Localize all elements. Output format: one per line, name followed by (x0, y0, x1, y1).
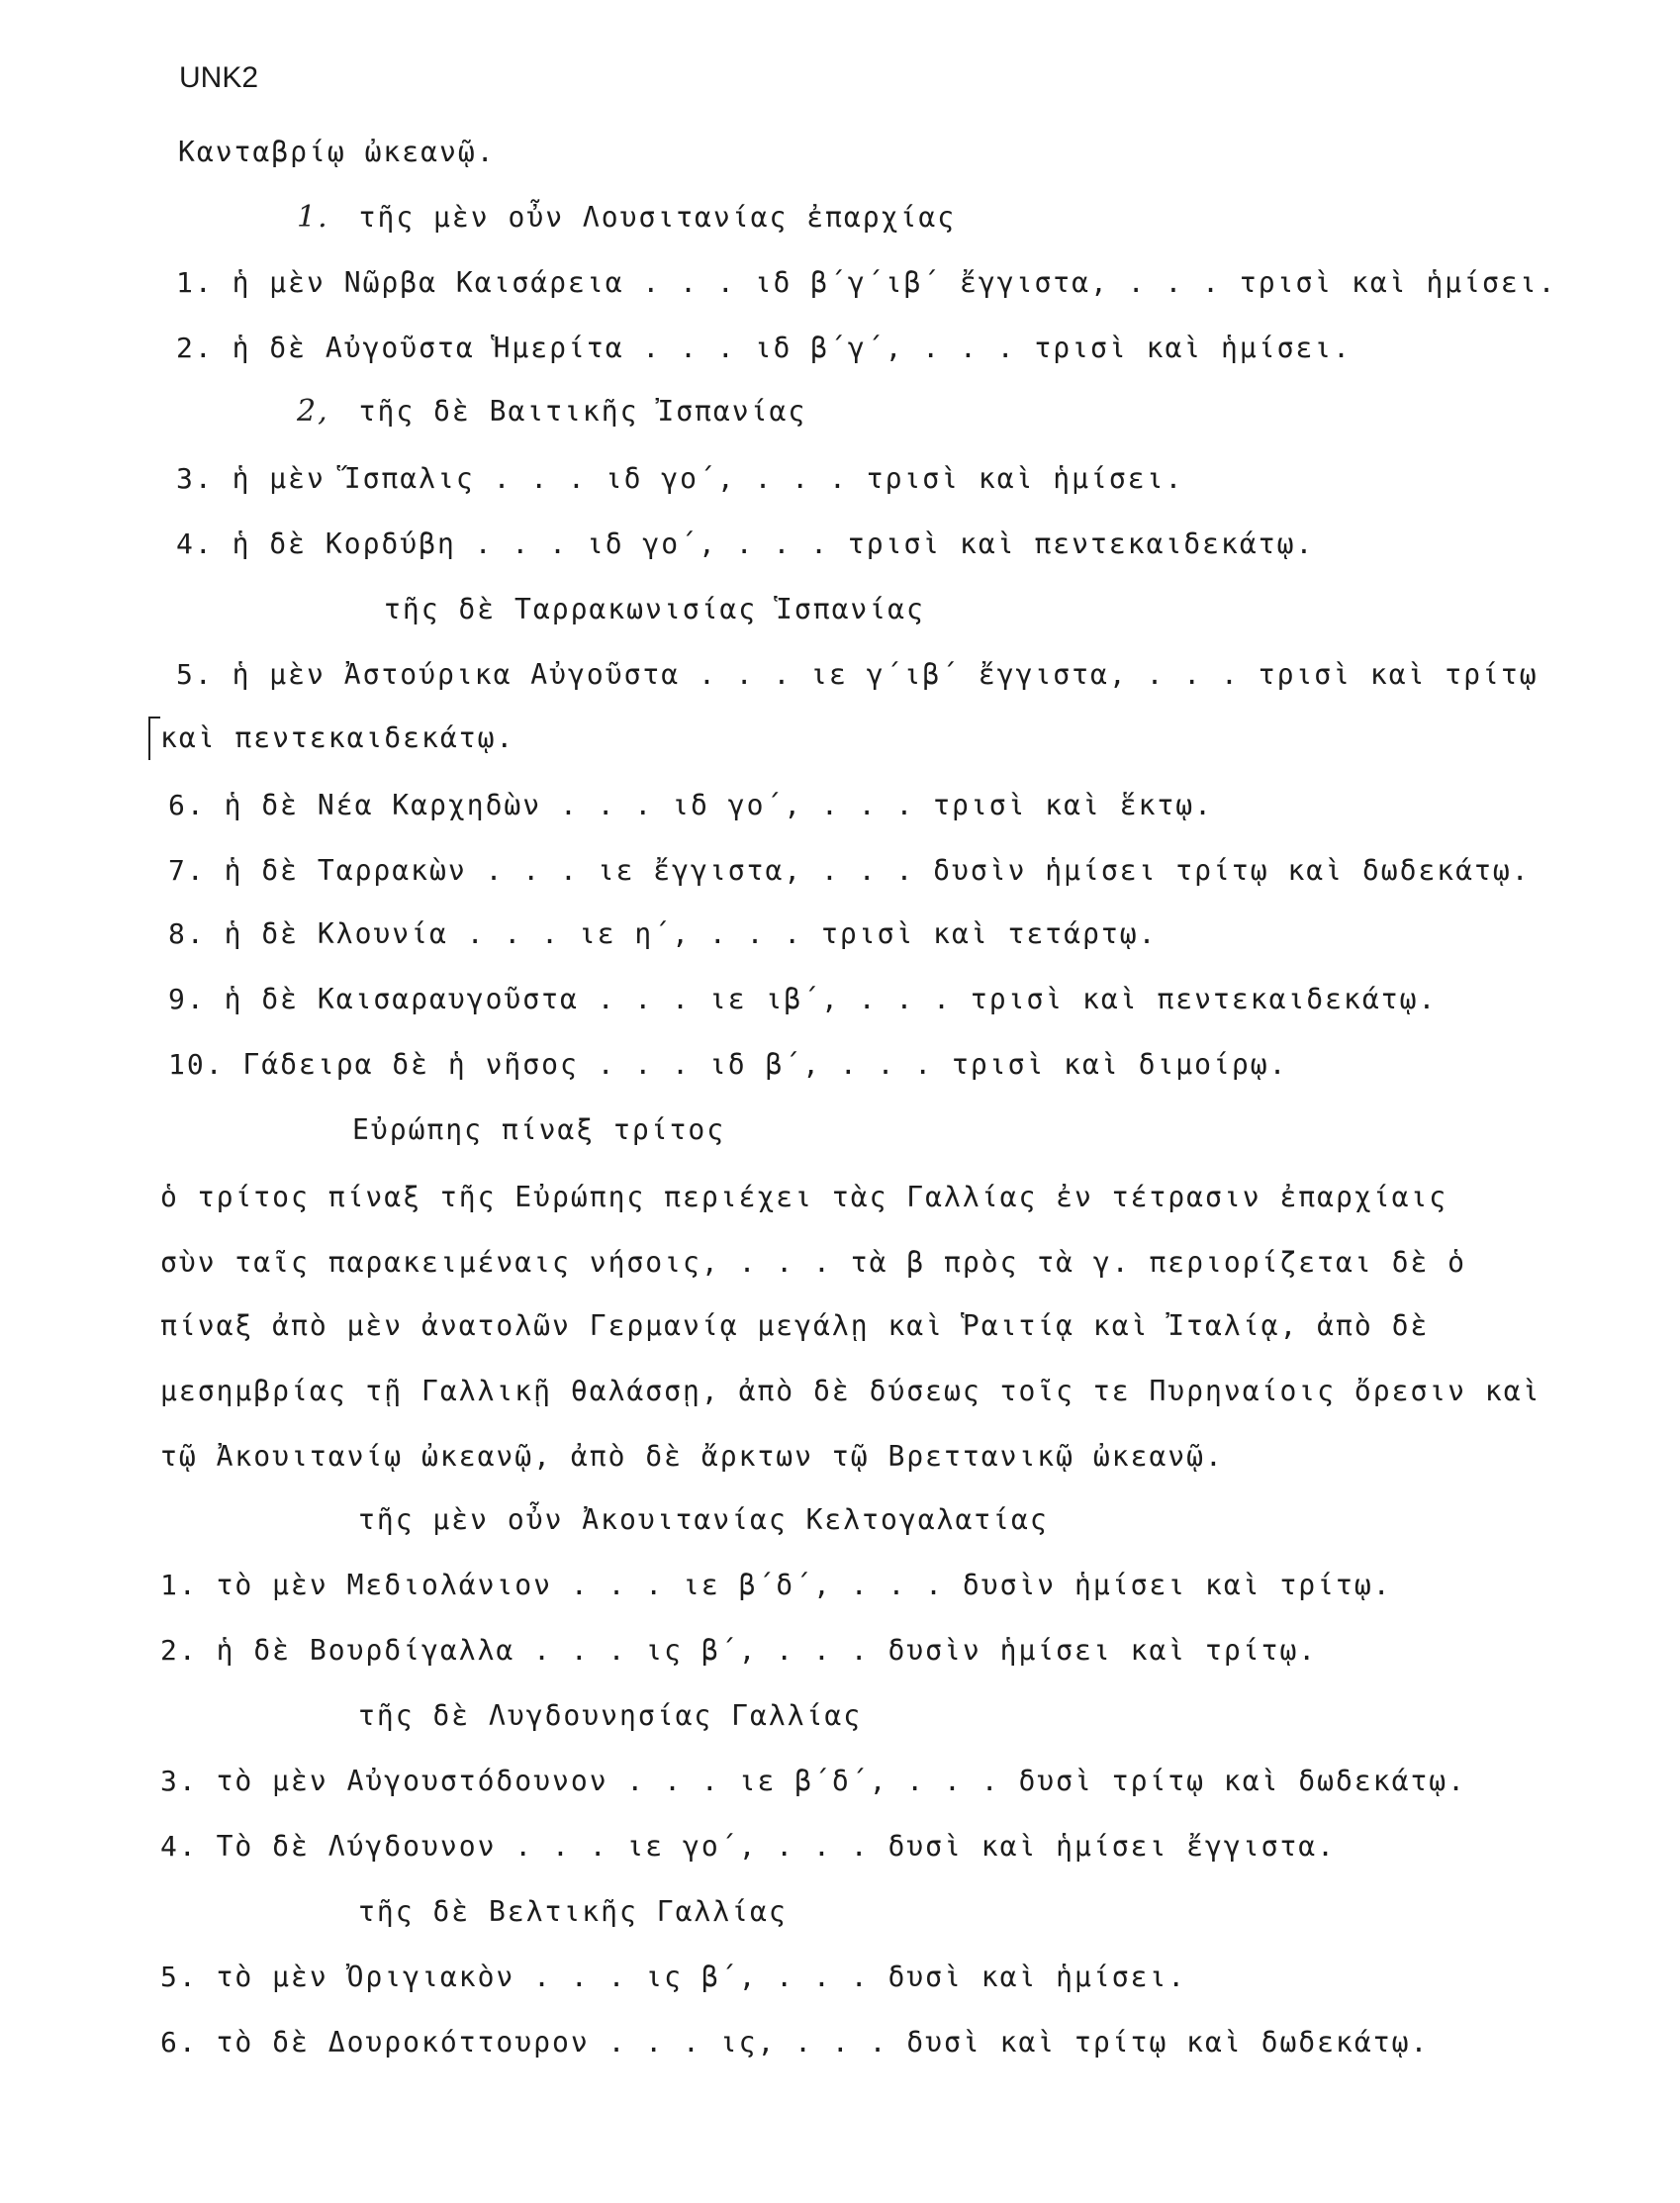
heading-text: τῆς μὲν οὖν Λουσιτανίας ἐπαρχίας (359, 201, 956, 234)
text-line: Κανταβρίῳ ὠκεανῷ. (178, 135, 496, 170)
section-heading: τῆς δὲ Λυγδουνησίας Γαλλίας (358, 1698, 862, 1734)
paragraph-line: ὁ τρίτος πίναξ τῆς Εὐρώπης περιέχει τὰς … (160, 1180, 1447, 1215)
handwritten-number: 1. (297, 200, 329, 235)
entry-continuation: καὶ πεντεκαιδεκάτῳ. (160, 720, 514, 756)
handwritten-number: 2, (297, 394, 329, 429)
entry-line: 7. ἡ δὲ Ταρρακὼν . . . ιε ἔγγιστα, . . .… (168, 853, 1531, 889)
document-label: UNK2 (179, 61, 258, 95)
entry-line: 1. ἡ μὲν Νῶρβα Καισάρεια . . . ιδ β΄γ΄ιβ… (176, 265, 1556, 301)
entry-line: 3. τὸ μὲν Αὐγουστόδουνον . . . ιε β΄δ΄, … (160, 1764, 1466, 1799)
entry-line: 3. ἡ μὲν Ἵσπαλις . . . ιδ γο΄, . . . τρι… (176, 461, 1183, 497)
section-heading: τῆς μὲν οὖν Ἀκουιτανίας Κελτογαλατίας (358, 1502, 1049, 1538)
entry-line: 4. Τὸ δὲ Λύγδουνον . . . ιε γο΄, . . . δ… (160, 1829, 1336, 1865)
heading-text: τῆς δὲ Βαιτικῆς Ἰσπανίας (359, 395, 807, 428)
section-heading: τῆς δὲ Ταρρακωνισίας Ἱσπανίας (384, 592, 925, 627)
paragraph-line: μεσημβρίας τῇ Γαλλικῇ θαλάσσῃ, ἀπὸ δὲ δύ… (160, 1374, 1540, 1409)
entry-line: 2. ἡ δὲ Βουρδίγαλλα . . . ις β΄, . . . δ… (160, 1633, 1317, 1669)
section-heading: 2,τῆς δὲ Βαιτικῆς Ἰσπανίας (297, 394, 806, 430)
entry-line: 6. ἡ δὲ Νέα Καρχηδὼν . . . ιδ γο΄, . . .… (168, 788, 1213, 823)
paragraph-line: πίναξ ἀπὸ μὲν ἀνατολῶν Γερμανίᾳ μεγάλῃ κ… (160, 1308, 1429, 1344)
entry-line: 5. τὸ μὲν Ὀριγιακὸν . . . ις β΄, . . . δ… (160, 1960, 1186, 1995)
entry-line: 4. ἡ δὲ Κορδύβη . . . ιδ γο΄, . . . τρισ… (176, 527, 1314, 562)
entry-line: 6. τὸ δὲ Δουροκόττουρον . . . ις, . . . … (160, 2025, 1429, 2060)
section-heading: 1.τῆς μὲν οὖν Λουσιτανίας ἐπαρχίας (297, 200, 956, 236)
paragraph-line: σὺν ταῖς παρακειμέναις νήσοις, . . . τὰ … (160, 1245, 1466, 1281)
entry-line: 9. ἡ δὲ Καισαραυγοῦστα . . . ιε ιβ΄, . .… (168, 982, 1437, 1017)
entry-line: 5. ἡ μὲν Ἀστούρικα Αὐγοῦστα . . . ιε γ΄ι… (176, 657, 1539, 693)
entry-line: 10. Γάδειρα δὲ ἡ νῆσος . . . ιδ β΄, . . … (168, 1047, 1287, 1083)
entry-line: 1. τὸ μὲν Μεδιολάνιον . . . ιε β΄δ΄, . .… (160, 1568, 1392, 1603)
section-title: Εὐρώπης πίναξ τρίτος (352, 1112, 725, 1148)
entry-line: 2. ἡ δὲ Αὐγοῦστα Ἡμερίτα . . . ιδ β΄γ΄, … (176, 331, 1352, 366)
entry-line: 8. ἡ δὲ Κλουνία . . . ιε η΄, . . . τρισὶ… (168, 916, 1157, 952)
bracket-mark (148, 717, 160, 760)
paragraph-line: τῷ Ἀκουιτανίῳ ὠκεανῷ, ἀπὸ δὲ ἄρκτων τῷ Β… (160, 1439, 1224, 1475)
section-heading: τῆς δὲ Βελτικῆς Γαλλίας (358, 1894, 788, 1930)
